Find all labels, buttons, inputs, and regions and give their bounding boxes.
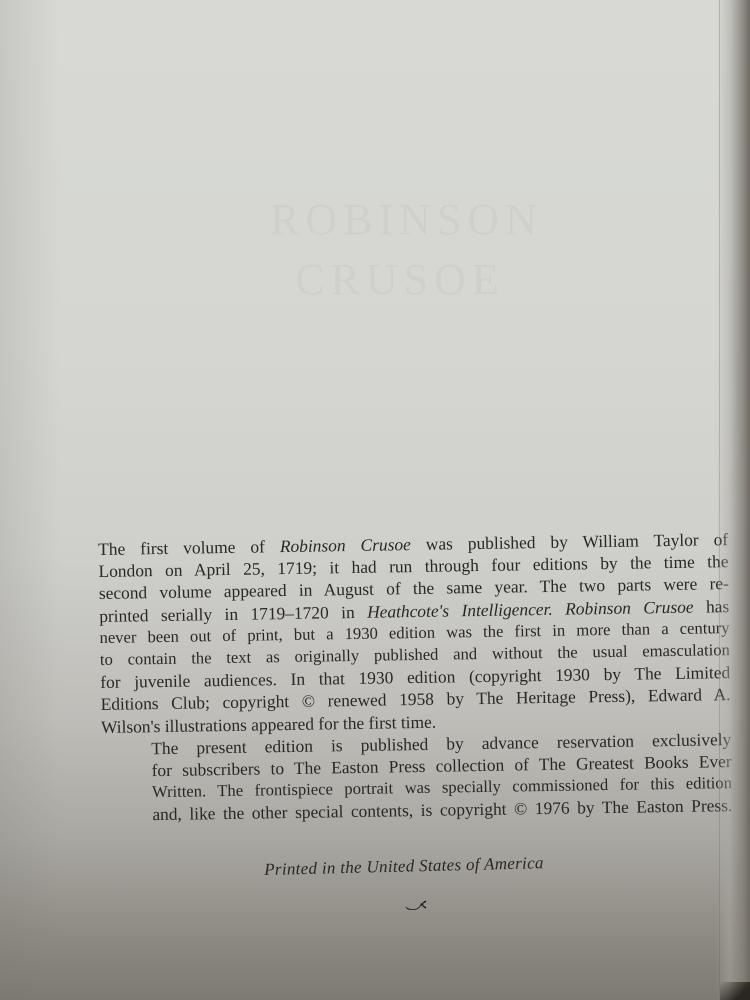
page-shadow-left [0, 0, 60, 1000]
book-page-edge [716, 0, 750, 1000]
text-run: The first volume of [98, 536, 280, 559]
printed-in-usa-imprint: Printed in the United States of America [264, 853, 544, 880]
page-edge-line [719, 0, 720, 1000]
show-through-title: ROBINSON CRUSOE [270, 190, 530, 310]
binding-corner-shadow [720, 982, 750, 1000]
bird-fleuron-icon [404, 899, 428, 913]
text-run: has [693, 596, 729, 617]
text-run: printed serially in 1719–1720 in [99, 601, 367, 625]
copyright-text-block: The first volume of Robinson Crusoe was … [98, 528, 732, 827]
book-title-italic: Robinson Crusoe [280, 534, 411, 556]
publication-history-paragraph: The first volume of Robinson Crusoe was … [98, 528, 731, 738]
edition-notice-paragraph: The present edition is published by adva… [101, 728, 732, 827]
